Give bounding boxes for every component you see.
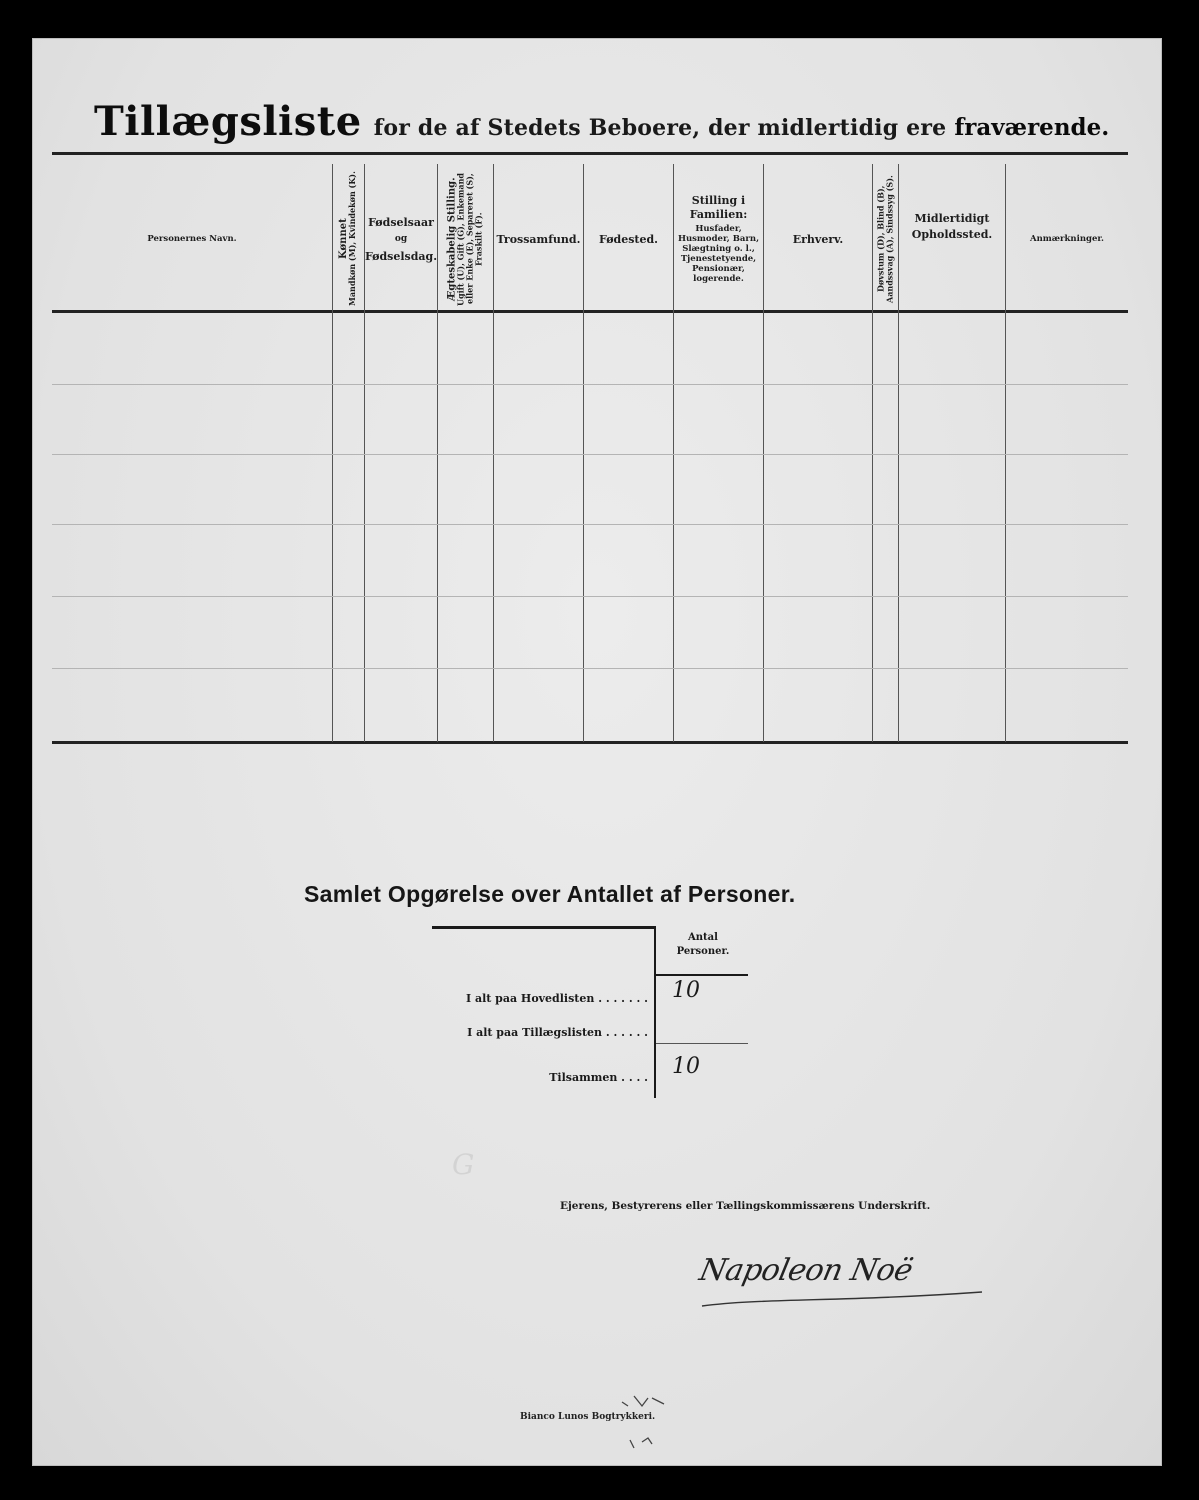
summary-header-rule (656, 974, 748, 976)
census-form-page: Tillægslistefor de af Stedets Beboere, d… (32, 38, 1162, 1466)
header-sublabel: Husfader, Husmoder, Barn, Slægtning o. l… (674, 224, 763, 284)
summary-label-hovedlisten: I alt paa Hovedlisten . . . . . . . (466, 992, 648, 1005)
form-title-emphasis: fraværende. (954, 114, 1109, 141)
summary-value-hovedlisten[interactable]: 10 (672, 978, 700, 1003)
header-label: Personer. (658, 945, 748, 959)
signature[interactable]: Napoleon Noë (696, 1253, 915, 1288)
header-stilling-i-familien: Stilling i Familien: Husfader, Husmoder,… (674, 164, 763, 314)
header-label: Fødested. (599, 233, 658, 246)
header-sublabel: Ugift (U), Gift (G), Enkemand eller Enke… (457, 164, 484, 314)
header-dovstum-blind: Døvstum (D), Blind (B), Aandssvag (A), S… (873, 164, 898, 314)
header-personernes-navn: Personernes Navn. (52, 164, 332, 314)
form-title: Tillægslistefor de af Stedets Beboere, d… (94, 98, 1104, 158)
absentees-table: Personernes Navn. Kønnet Mandkøn (M), Kv… (52, 152, 1128, 744)
form-title-subtitle: for de af Stedets Beboere, der midlertid… (374, 115, 947, 141)
header-midlertidigt-opholdssted: Midlertidigt Opholdssted. (899, 164, 1005, 314)
summary-top-rule (432, 926, 654, 929)
table-bottom-rule (52, 741, 1128, 744)
header-label: Anmærkninger. (1030, 234, 1104, 244)
table-row[interactable] (52, 385, 1128, 454)
header-trossamfund: Trossamfund. (494, 164, 583, 314)
header-label: Antal (658, 931, 748, 945)
summary-value-tilsammen[interactable]: 10 (672, 1054, 700, 1079)
table-row[interactable] (52, 669, 1128, 741)
summary-label-tilsammen: Tilsammen . . . . (549, 1071, 648, 1084)
header-label: Erhverv. (793, 233, 843, 246)
signature-caption: Ejerens, Bestyrerens eller Tællingskommi… (560, 1200, 930, 1212)
header-label: Personernes Navn. (147, 234, 236, 244)
printer-imprint: Bianco Lunos Bogtrykkeri. (520, 1412, 655, 1422)
header-label: Stilling i Familien: (674, 194, 763, 222)
summary-table: Antal Personer. I alt paa Hovedlisten . … (432, 926, 752, 1101)
header-aegteskabelig-stilling: Ægteskabelig Stilling. Ugift (U), Gift (… (438, 164, 493, 314)
header-anmaerkninger: Anmærkninger. (1006, 164, 1128, 314)
table-top-rule (52, 152, 1128, 155)
summary-column-separator (654, 926, 656, 1098)
header-kjonnet: Kønnet Mandkøn (M), Kvindekøn (K). (334, 164, 362, 314)
summary-label-tillaegslisten: I alt paa Tillægslisten . . . . . . (467, 1026, 648, 1039)
header-label: Opholdssted. (912, 228, 992, 241)
header-fodested: Fødested. (584, 164, 673, 314)
summary-title: Samlet Opgørelse over Antallet af Person… (304, 881, 795, 908)
summary-total-rule (656, 1043, 748, 1044)
table-row[interactable] (52, 313, 1128, 384)
summary-column-header: Antal Personer. (658, 931, 748, 959)
header-sublabel: Mandkøn (M), Kvindekøn (K). (348, 172, 357, 307)
form-title-main: Tillægsliste (94, 98, 362, 145)
header-erhverv: Erhverv. (764, 164, 872, 314)
header-label: Døvstum (D), Blind (B), Aandssvag (A), S… (877, 164, 895, 314)
header-fodselsaar: Fødselsaar og Fødselsdag. (365, 164, 437, 314)
header-label: Fødselsaar (365, 216, 437, 229)
table-row[interactable] (52, 455, 1128, 524)
stamp-scribble-icon (612, 1390, 692, 1460)
faint-pencil-mark: G (452, 1148, 474, 1181)
table-row[interactable] (52, 597, 1128, 668)
header-label: Midlertidigt (912, 212, 992, 225)
header-label: Trossamfund. (497, 233, 581, 246)
table-row[interactable] (52, 525, 1128, 596)
header-label: og (365, 233, 437, 246)
header-label: Fødselsdag. (365, 250, 437, 263)
